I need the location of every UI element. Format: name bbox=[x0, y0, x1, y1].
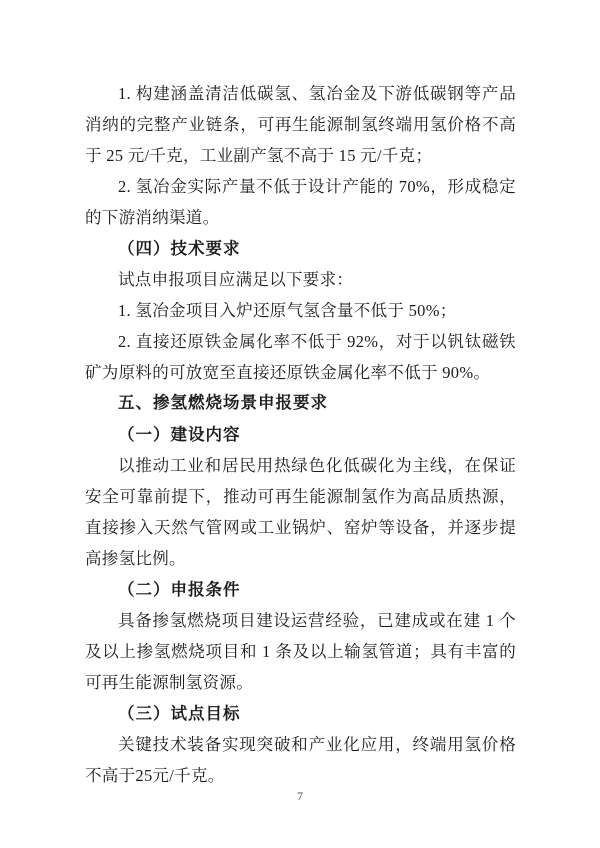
paragraph: 2. 直接还原铁金属化率不低于 92%，对于以钒钛磁铁矿为原料的可放宽至直接还原… bbox=[85, 326, 516, 388]
section-heading: （三）试点目标 bbox=[85, 698, 516, 729]
document-body: 1. 构建涵盖清洁低碳氢、氢冶金及下游低碳钢等产品消纳的完整产业链条，可再生能源… bbox=[85, 78, 516, 791]
paragraph: 具备掺氢燃烧项目建设运营经验，已建成或在建 1 个及以上掺氢燃烧项目和 1 条及… bbox=[85, 605, 516, 698]
paragraph: 以推动工业和居民用热绿色化低碳化为主线，在保证安全可靠前提下，推动可再生能源制氢… bbox=[85, 450, 516, 574]
document-page: 1. 构建涵盖清洁低碳氢、氢冶金及下游低碳钢等产品消纳的完整产业链条，可再生能源… bbox=[0, 0, 600, 848]
paragraph: 关键技术装备实现突破和产业化应用，终端用氢价格不高于25元/千克。 bbox=[85, 729, 516, 791]
section-heading: （四）技术要求 bbox=[85, 233, 516, 264]
paragraph: 1. 构建涵盖清洁低碳氢、氢冶金及下游低碳钢等产品消纳的完整产业链条，可再生能源… bbox=[85, 78, 516, 171]
paragraph: 2. 氢冶金实际产量不低于设计产能的 70%，形成稳定的下游消纳渠道。 bbox=[85, 171, 516, 233]
paragraph: 1. 氢冶金项目入炉还原气氢含量不低于 50%； bbox=[85, 295, 516, 326]
section-heading: 五、掺氢燃烧场景申报要求 bbox=[85, 388, 516, 419]
paragraph: 试点申报项目应满足以下要求： bbox=[85, 264, 516, 295]
page-number: 7 bbox=[0, 789, 600, 804]
section-heading: （一）建设内容 bbox=[85, 419, 516, 450]
section-heading: （二）申报条件 bbox=[85, 574, 516, 605]
